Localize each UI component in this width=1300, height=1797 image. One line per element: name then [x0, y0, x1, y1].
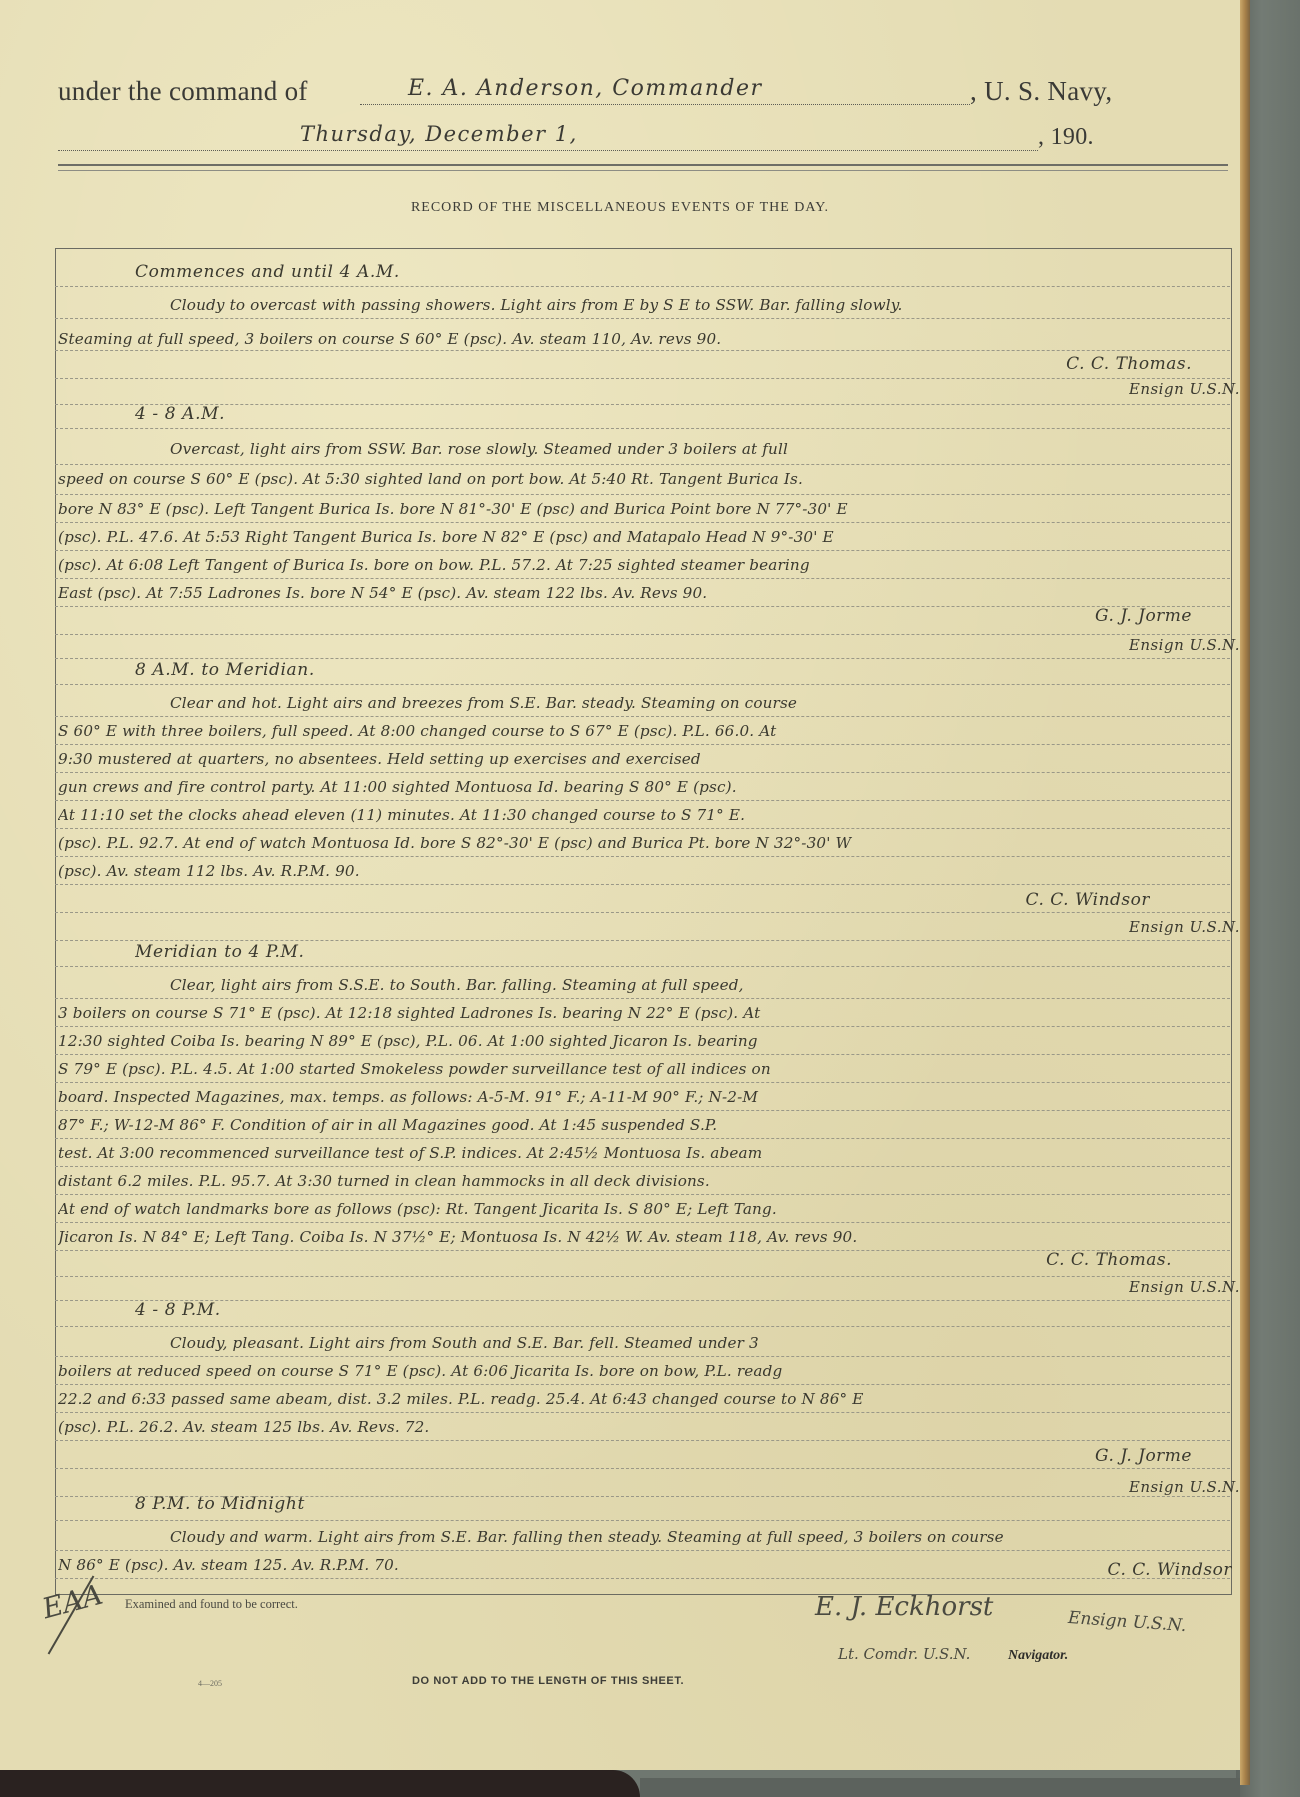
log-line: (psc). Av. steam 112 lbs. Av. R.P.M. 90. [58, 862, 1228, 880]
service-suffix: , U. S. Navy, [970, 76, 1112, 107]
navigator-label: Navigator. [1008, 1648, 1068, 1664]
ruled-line [55, 286, 1230, 288]
ruled-line [55, 494, 1230, 496]
ruled-line [55, 998, 1230, 1000]
year-label: , 190. [1038, 124, 1094, 151]
log-line: Clear, light airs from S.S.E. to South. … [170, 976, 1228, 994]
ruled-line [55, 1276, 1230, 1278]
log-line: boilers at reduced speed on course S 71°… [58, 1362, 1228, 1380]
log-line: At 11:10 set the clocks ahead eleven (11… [58, 806, 1228, 824]
ruled-line [55, 606, 1230, 608]
log-line: East (psc). At 7:55 Ladrones Is. bore N … [58, 584, 1228, 602]
officer-rank: Ensign U.S.N. [1129, 1278, 1240, 1296]
length-notice: DO NOT ADD TO THE LENGTH OF THIS SHEET. [412, 1675, 684, 1687]
log-line: S 79° E (psc). P.L. 4.5. At 1:00 started… [58, 1060, 1228, 1078]
ruled-line [55, 428, 1230, 430]
ruled-line [55, 884, 1230, 886]
log-line: 3 boilers on course S 71° E (psc). At 12… [58, 1004, 1228, 1022]
officer-rank: Ensign U.S.N. [1129, 380, 1240, 398]
log-line: 12:30 sighted Coiba Is. bearing N 89° E … [58, 1032, 1228, 1050]
commander-name: E. A. Anderson, Commander [408, 76, 763, 101]
watch-heading: 4 - 8 P.M. [135, 1300, 221, 1320]
ruled-line [55, 578, 1230, 580]
ruled-line [55, 912, 1230, 914]
ruled-line [55, 1026, 1230, 1028]
log-line: gun crews and fire control party. At 11:… [58, 778, 1228, 796]
log-line: At end of watch landmarks bore as follow… [58, 1200, 1228, 1218]
ruled-line [55, 1384, 1230, 1386]
log-line: (psc). At 6:08 Left Tangent of Burica Is… [58, 556, 1228, 574]
header-divider [58, 164, 1228, 171]
log-line: (psc). P.L. 26.2. Av. steam 125 lbs. Av.… [58, 1418, 1228, 1436]
log-line: 9:30 mustered at quarters, no absentees.… [58, 750, 1228, 768]
bottom-shadow [0, 1770, 640, 1797]
ruled-line [55, 404, 1230, 406]
ruled-line [55, 966, 1230, 968]
log-line: Cloudy, pleasant. Light airs from South … [170, 1334, 1228, 1352]
log-date: Thursday, December 1, [300, 122, 578, 146]
log-line: Cloudy to overcast with passing showers.… [170, 296, 1228, 314]
officer-signature: C. C. Thomas. [1046, 1250, 1172, 1270]
watch-heading: 4 - 8 A.M. [135, 404, 225, 424]
ruled-line [55, 522, 1230, 524]
watch-heading: 8 P.M. to Midnight [135, 1494, 305, 1514]
bottom-strip [640, 1778, 1240, 1797]
ruled-line [55, 1082, 1230, 1084]
ruled-line [55, 1300, 1230, 1302]
officer-signature: C. C. Thomas. [1066, 354, 1192, 374]
officer-rank: Ensign U.S.N. [1129, 918, 1240, 936]
page-edge [1240, 0, 1250, 1785]
log-line: Steaming at full speed, 3 boilers on cou… [58, 330, 1228, 348]
ruled-line [55, 550, 1230, 552]
record-title: RECORD OF THE MISCELLANEOUS EVENTS OF TH… [0, 200, 1240, 216]
officer-signature: C. C. Windsor [1026, 890, 1150, 910]
log-line: Cloudy and warm. Light airs from S.E. Ba… [170, 1528, 1228, 1546]
watch-heading: Meridian to 4 P.M. [135, 942, 305, 962]
ruled-line [55, 634, 1230, 636]
examined-statement: Examined and found to be correct. [125, 1597, 298, 1612]
officer-signature: C. C. Windsor [1108, 1560, 1232, 1580]
log-line: Clear and hot. Light airs and breezes fr… [170, 694, 1228, 712]
log-line: board. Inspected Magazines, max. temps. … [58, 1088, 1228, 1106]
ruled-line [55, 1222, 1230, 1224]
date-line [58, 150, 1038, 151]
ruled-line [55, 378, 1230, 380]
log-line: distant 6.2 miles. P.L. 95.7. At 3:30 tu… [58, 1172, 1228, 1190]
log-line: test. At 3:00 recommenced surveillance t… [58, 1144, 1228, 1162]
ruled-line [55, 1110, 1230, 1112]
log-line: (psc). P.L. 92.7. At end of watch Montuo… [58, 834, 1228, 852]
log-line: 87° F.; W-12-M 86° F. Condition of air i… [58, 1116, 1228, 1134]
ruled-line [55, 856, 1230, 858]
log-line: Jicaron Is. N 84° E; Left Tang. Coiba Is… [58, 1228, 1228, 1246]
ruled-line [55, 684, 1230, 686]
ruled-line [55, 1054, 1230, 1056]
ruled-line [55, 1550, 1230, 1552]
officer-signature: G. J. Jorme [1095, 606, 1192, 626]
officer-rank: Ensign U.S.N. [1129, 636, 1240, 654]
command-prefix: under the command of [58, 76, 308, 107]
navigator-signature: E. J. Eckhorst [815, 1592, 993, 1622]
ruled-line [55, 350, 1230, 352]
navigator-rank: Lt. Comdr. U.S.N. [838, 1645, 970, 1663]
ruled-line [55, 1468, 1230, 1470]
ruled-line [55, 1578, 1230, 1580]
ruled-line [55, 1412, 1230, 1414]
ruled-line [55, 1326, 1230, 1328]
ruled-line [55, 318, 1230, 320]
ruled-line [55, 1194, 1230, 1196]
ruled-line [55, 1520, 1230, 1522]
officer-signature: G. J. Jorme [1095, 1446, 1192, 1466]
log-line: (psc). P.L. 47.6. At 5:53 Right Tangent … [58, 528, 1228, 546]
ruled-line [55, 744, 1230, 746]
watch-heading: 8 A.M. to Meridian. [135, 660, 315, 680]
log-line: Overcast, light airs from SSW. Bar. rose… [170, 440, 1228, 458]
ruled-line [55, 828, 1230, 830]
form-number: 4—205 [198, 1679, 222, 1688]
log-line: S 60° E with three boilers, full speed. … [58, 722, 1228, 740]
log-line: 22.2 and 6:33 passed same abeam, dist. 3… [58, 1390, 1228, 1408]
ruled-line [55, 1440, 1230, 1442]
ruled-line [55, 464, 1230, 466]
officer-rank: Ensign U.S.N. [1129, 1478, 1240, 1496]
watch-heading: Commences and until 4 A.M. [135, 262, 400, 282]
commander-line [360, 104, 970, 105]
log-line: N 86° E (psc). Av. steam 125. Av. R.P.M.… [58, 1556, 1228, 1574]
ruled-line [55, 772, 1230, 774]
log-line: speed on course S 60° E (psc). At 5:30 s… [58, 470, 1228, 488]
ruled-line [55, 1138, 1230, 1140]
ruled-line [55, 800, 1230, 802]
ruled-line [55, 716, 1230, 718]
ruled-line [55, 1356, 1230, 1358]
log-line: bore N 83° E (psc). Left Tangent Burica … [58, 500, 1228, 518]
ruled-line [55, 1166, 1230, 1168]
